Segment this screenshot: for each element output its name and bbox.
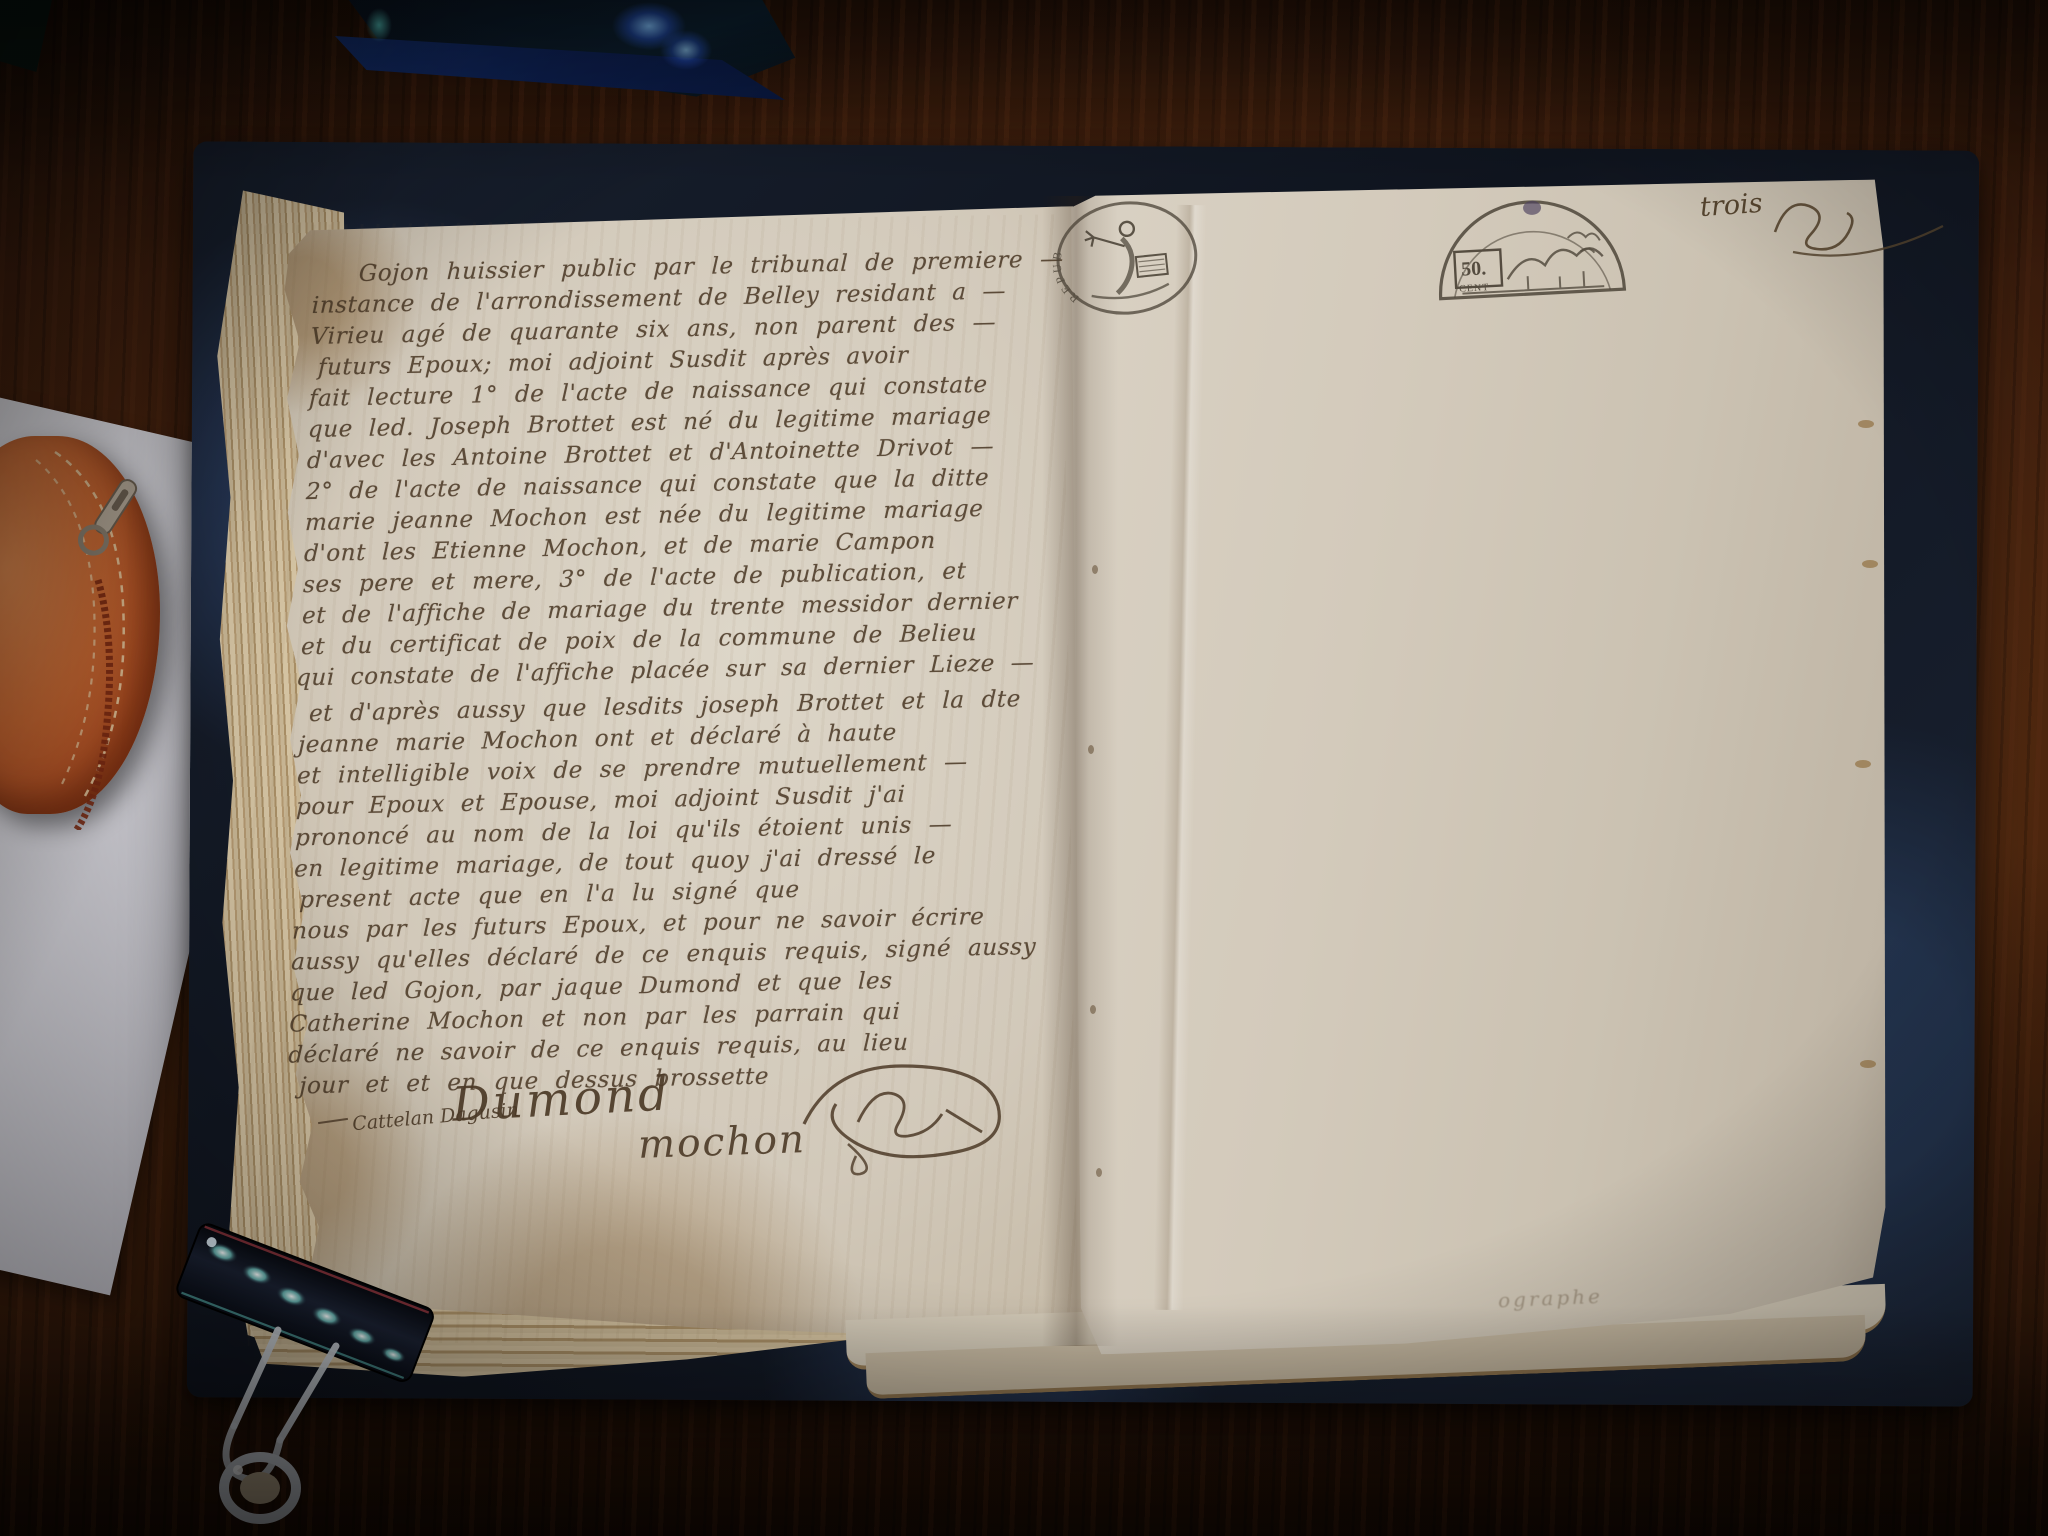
- plastic-highlight: [660, 30, 712, 70]
- zipper-teeth: [60, 580, 110, 830]
- svg-text:50.: 50.: [1461, 257, 1487, 280]
- sewing-hole: [1090, 1005, 1096, 1014]
- corner-object: [0, 0, 52, 72]
- page-edge-wear: [1860, 1060, 1876, 1068]
- stitching-inner: [36, 460, 95, 788]
- manuscript-text: Gojon huissier public par le tribunal de…: [287, 243, 1103, 1102]
- fifty-centimes-revenue-stamp-icon: 50. CENT: [1427, 175, 1634, 315]
- binder-clip: [168, 1212, 468, 1532]
- svg-text:REPUB: REPUB: [1048, 245, 1083, 307]
- sewing-hole: [1096, 1168, 1102, 1177]
- signature-mochon: mochon: [637, 1117, 806, 1168]
- paraph-flourish-icon: [1763, 190, 1953, 270]
- plastic-highlight: [366, 8, 392, 42]
- zipper-pull-icon: [75, 474, 142, 558]
- clip-ring-hole: [240, 1472, 280, 1504]
- sewing-hole: [1088, 745, 1094, 754]
- photo-scene: Gojon huissier public par le tribunal de…: [0, 0, 2048, 1536]
- page-edge-wear: [1855, 760, 1871, 768]
- page-edge-wear: [1858, 420, 1874, 428]
- folio-annotation: trois: [1700, 190, 1953, 270]
- underpage-handwriting-trace: ographe: [1498, 1284, 1604, 1313]
- clip-glint: [233, 1465, 243, 1475]
- folio-number: trois: [1699, 188, 1764, 223]
- leather-case-zipper: [0, 430, 180, 830]
- page-edge-wear: [1862, 560, 1878, 568]
- paraph-signature-icon: [788, 1052, 1018, 1177]
- clip-bar: [174, 1221, 435, 1383]
- seated-figure-revenue-stamp-icon: REPUB: [1044, 188, 1210, 329]
